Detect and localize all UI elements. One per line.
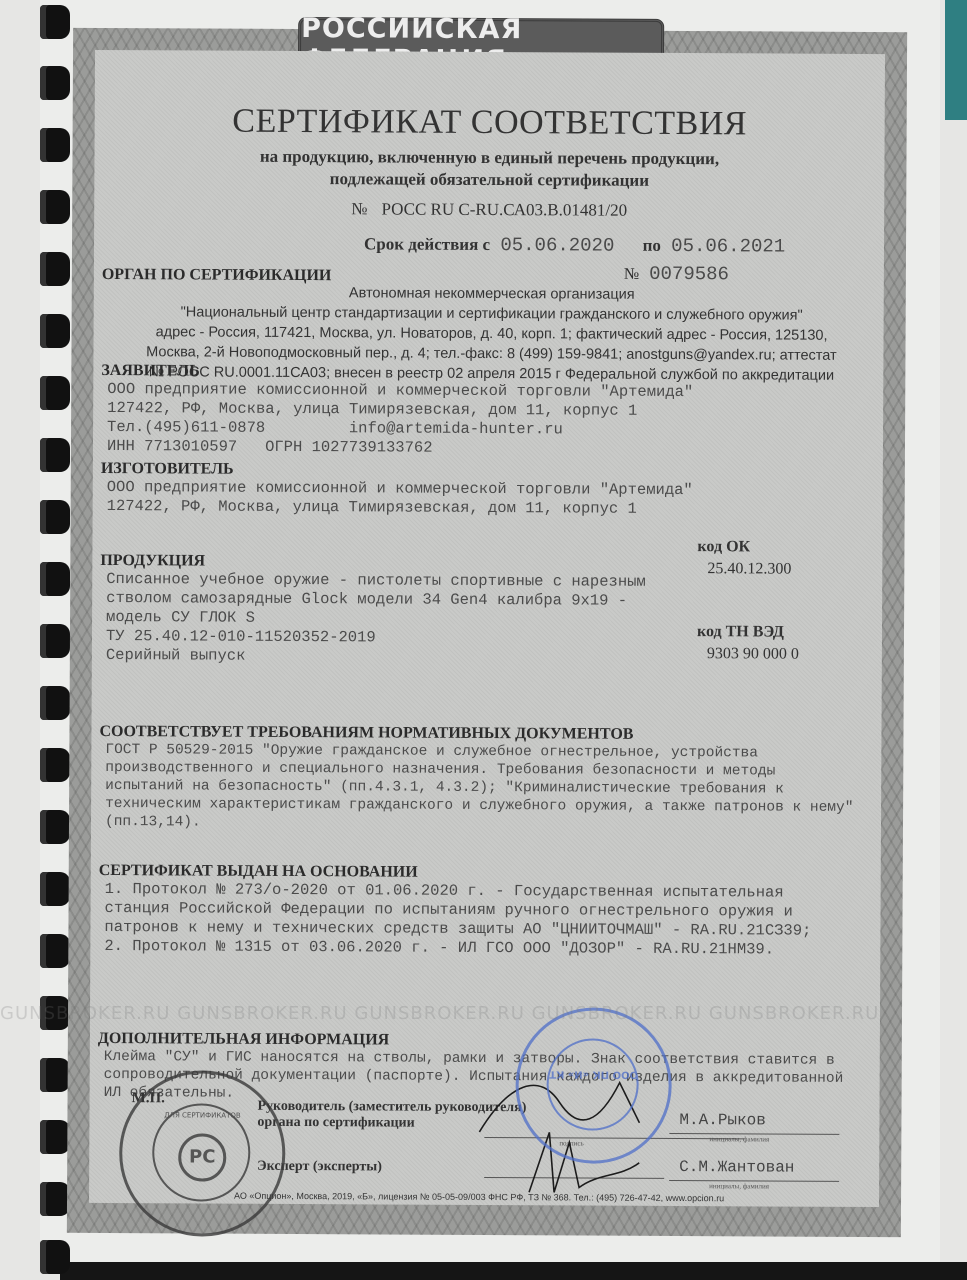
tnved-code: код ТН ВЭД 9303 90 000 0 bbox=[697, 623, 799, 664]
binding-ring bbox=[40, 252, 70, 286]
binding-ring bbox=[40, 314, 70, 348]
binding-ring bbox=[40, 562, 70, 596]
rst-mark-icon: PC bbox=[178, 1133, 226, 1181]
blank-number: №0079586 bbox=[624, 263, 729, 286]
text-line: 2. Протокол № 1315 от 03.06.2020 г. - ИЛ… bbox=[104, 937, 888, 960]
binding-ring bbox=[40, 872, 70, 906]
ok-code: код ОК 25.40.12.300 bbox=[697, 538, 791, 578]
ok-code-value: 25.40.12.300 bbox=[707, 560, 791, 578]
binding-ring bbox=[40, 1120, 70, 1154]
validity-from-date: 05.06.2020 bbox=[500, 234, 614, 257]
certification-body-section: ОРГАН ПО СЕРТИФИКАЦИИ №0079586 Автономна… bbox=[102, 266, 882, 270]
text-line: ИНН 7713010597 ОГРН 1027739133762 bbox=[107, 437, 861, 460]
basis-details: 1. Протокол № 273/о-2020 от 01.06.2020 г… bbox=[98, 880, 888, 960]
seal-place-label: М.П. bbox=[132, 1090, 165, 1107]
compliance-details: ГОСТ Р 50529-2015 "Оружие гражданское и … bbox=[99, 741, 889, 835]
background-fabric bbox=[945, 0, 967, 120]
binding-ring bbox=[40, 190, 70, 224]
ok-code-label: код ОК bbox=[697, 538, 791, 556]
binding-ring bbox=[40, 1182, 70, 1216]
binding-ring bbox=[40, 66, 70, 100]
seal-inner-ring bbox=[546, 1038, 638, 1130]
certificate-frame: РОССИЙСКАЯ ФЕДЕРАЦИЯ СЕРТИФИКАТ СООТВЕТС… bbox=[67, 28, 907, 1237]
subtitle-line: подлежащей обязательной сертификации bbox=[94, 167, 884, 193]
initials-caption: инициалы, фамилия bbox=[709, 1135, 769, 1143]
certificate-body: СЕРТИФИКАТ СООТВЕТСТВИЯ на продукцию, вк… bbox=[89, 50, 885, 1207]
background-table-edge bbox=[60, 1262, 967, 1280]
binding-ring bbox=[40, 934, 70, 968]
head-signatory-name: М.А.Рыков bbox=[679, 1111, 766, 1129]
initials-caption: инициалы, фамилия bbox=[709, 1182, 769, 1190]
manufacturer-details: ООО предприятие комиссионной и коммерчес… bbox=[101, 478, 861, 520]
seal-inner-text: ДЛЯ СЕРТИФИКАТОВ bbox=[122, 1111, 282, 1120]
binding-ring bbox=[40, 1240, 70, 1274]
binding-ring bbox=[40, 686, 70, 720]
certificate-number: №РОСС RU С-RU.СА03.В.01481/20 bbox=[94, 198, 884, 222]
validity-to-date: 05.06.2021 bbox=[671, 235, 785, 258]
text-line: 127422, РФ, Москва, улица Тимирязевская,… bbox=[107, 497, 861, 520]
blank-number-label: № bbox=[624, 266, 639, 283]
expert-name: С.М.Жантован bbox=[679, 1158, 794, 1177]
number-value: РОСС RU С-RU.СА03.В.01481/20 bbox=[381, 199, 627, 219]
binding-ring bbox=[40, 5, 70, 39]
printer-imprint: АО «Опцион», Москва, 2019, «Б», лицензия… bbox=[234, 1191, 724, 1204]
organization-seal: ООО ПК «И» КТ bbox=[515, 1007, 672, 1164]
binding-ring bbox=[40, 438, 70, 472]
binding-ring bbox=[40, 810, 70, 844]
watermark: GUNSBROKER.RU GUNSBROKER.RU GUNSBROKER.R… bbox=[0, 1003, 967, 1024]
binding-ring bbox=[40, 500, 70, 534]
binding-ring bbox=[40, 376, 70, 410]
certificate-subtitle: на продукцию, включенную в единый перече… bbox=[94, 145, 884, 193]
tnved-code-value: 9303 90 000 0 bbox=[707, 645, 799, 663]
validity-to-label: по bbox=[643, 236, 661, 255]
validity-from-label: Срок действия с bbox=[364, 234, 490, 254]
validity-period: Срок действия с 05.06.2020 по 05.06.2021 bbox=[364, 233, 809, 257]
binding-ring bbox=[40, 128, 70, 162]
binding-ring bbox=[40, 748, 70, 782]
binding-ring bbox=[40, 624, 70, 658]
seal-text: ООО ПК «И» КТ bbox=[519, 1068, 669, 1080]
number-label: № bbox=[351, 199, 367, 218]
applicant-section: ЗАЯВИТЕЛЬ ООО предприятие комиссионной и… bbox=[101, 362, 861, 460]
manufacturer-section: ИЗГОТОВИТЕЛЬ ООО предприятие комиссионно… bbox=[101, 460, 861, 520]
certificate-title: СЕРТИФИКАТ СООТВЕТСТВИЯ bbox=[95, 102, 885, 144]
compliance-section: СООТВЕТСТВУЕТ ТРЕБОВАНИЯМ НОРМАТИВНЫХ ДО… bbox=[99, 723, 890, 835]
applicant-details: ООО предприятие комиссионной и коммерчес… bbox=[101, 380, 861, 460]
tnved-code-label: код ТН ВЭД bbox=[697, 623, 799, 642]
binding-ring bbox=[40, 1058, 70, 1092]
blank-number-value: 0079586 bbox=[649, 263, 729, 285]
basis-section: СЕРТИФИКАТ ВЫДАН НА ОСНОВАНИИ 1. Протоко… bbox=[98, 862, 888, 960]
